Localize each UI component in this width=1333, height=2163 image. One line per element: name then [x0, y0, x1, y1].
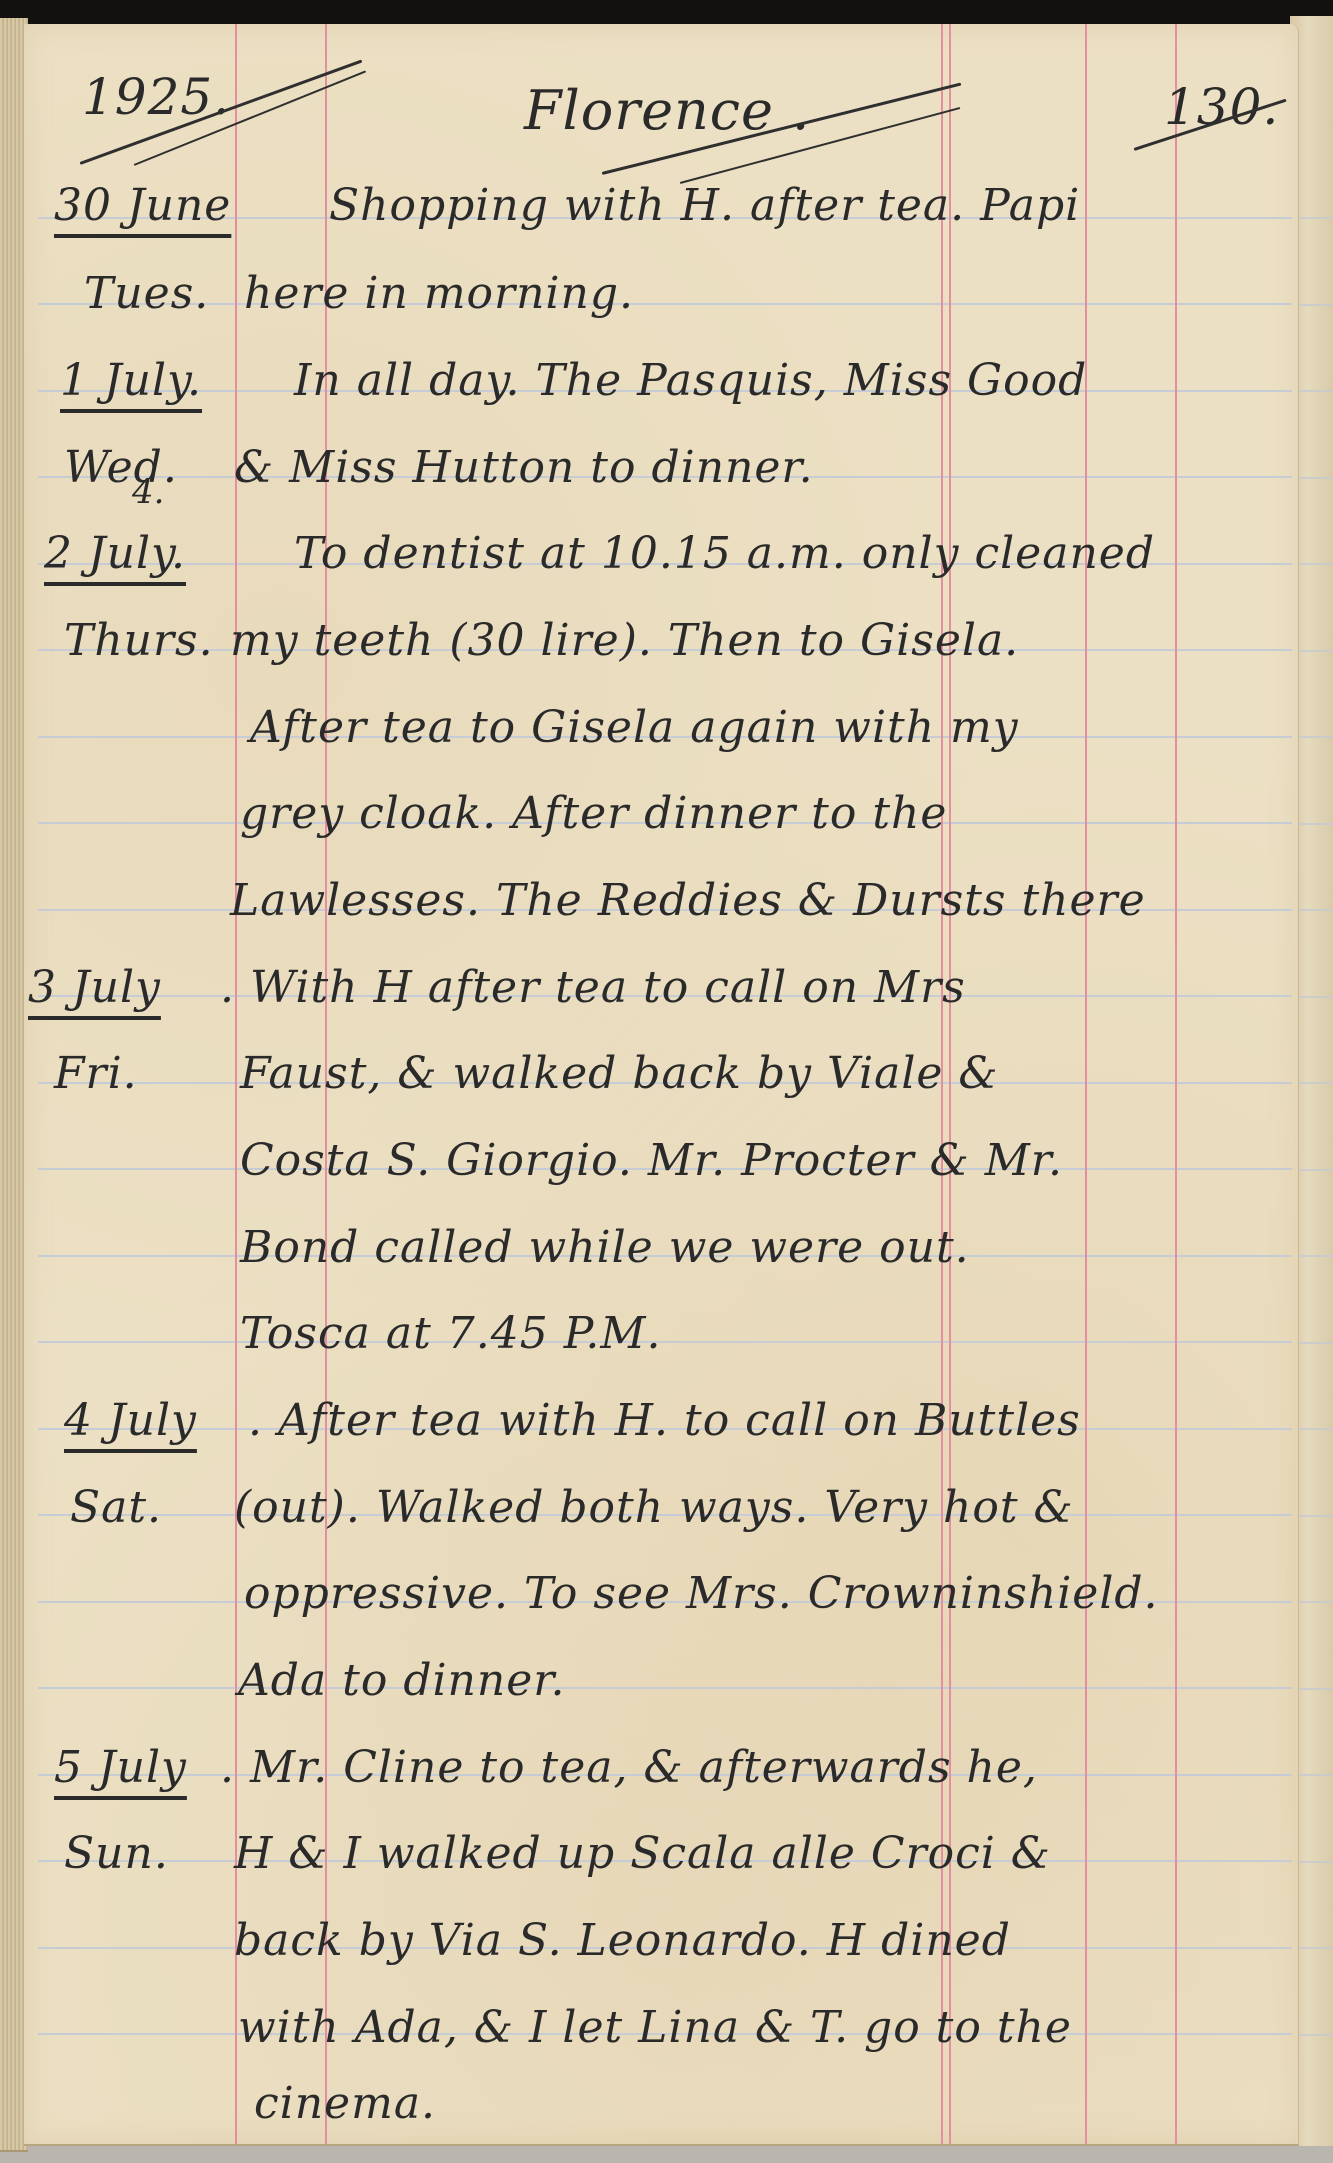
date-annotation: 4.: [132, 472, 164, 512]
entry-line: . With H after tea to call on Mrs: [220, 966, 966, 1010]
book-binding-top: [0, 0, 1333, 24]
entry-line: . After tea with H. to call on Buttles: [248, 1399, 1081, 1443]
entry-line: my teeth (30 lire). Then to Gisela.: [230, 619, 1019, 663]
ruled-line: [38, 1687, 1292, 1689]
entry-line: Shopping with H. after tea. Papi: [329, 184, 1080, 228]
entry-line: To dentist at 10.15 a.m. only cleaned: [294, 532, 1155, 576]
entry-line: here in morning.: [244, 272, 634, 316]
ruled-line: [38, 1341, 1292, 1343]
entry-line: H & I walked up Scala alle Croci &: [234, 1832, 1051, 1876]
entry-weekday: Thurs.: [64, 619, 214, 663]
entry-line: Tosca at 7.45 P.M.: [240, 1312, 661, 1356]
entry-line: cinema.: [254, 2082, 436, 2126]
entry-line: (out). Walked both ways. Very hot &: [234, 1486, 1074, 1530]
entry-date: 5 July: [54, 1746, 187, 1790]
entry-date: 3 July: [28, 966, 161, 1010]
entry-line: back by Via S. Leonardo. H dined: [234, 1919, 1011, 1963]
entry-weekday: Fri.: [54, 1052, 138, 1096]
entry-line: Costa S. Giorgio. Mr. Procter & Mr.: [240, 1139, 1063, 1183]
margin-rule: [235, 24, 237, 2144]
entry-line: In all day. The Pasquis, Miss Good: [294, 359, 1087, 403]
entry-weekday: Tues.: [84, 272, 209, 316]
entry-line: . Mr. Cline to tea, & afterwards he,: [220, 1746, 1038, 1790]
entry-line: with Ada, & I let Lina & T. go to the: [238, 2006, 1072, 2050]
entry-date: 30 June: [54, 184, 231, 228]
entry-date: 2 July.: [44, 532, 186, 576]
entry-weekday: Sat.: [70, 1486, 162, 1530]
entry-line: After tea to Gisela again with my: [250, 706, 1019, 750]
column-rule: [1085, 24, 1087, 2144]
entry-line: oppressive. To see Mrs. Crowninshield.: [244, 1572, 1159, 1616]
entry-line: Bond called while we were out.: [240, 1226, 970, 1270]
column-rule: [1175, 24, 1177, 2144]
entry-weekday: Sun.: [64, 1832, 169, 1876]
entry-line: Ada to dinner.: [238, 1659, 565, 1703]
diary-page: 1925. Florence . 130. 30 June Tues. Shop…: [24, 24, 1299, 2146]
entry-line: Faust, & walked back by Viale &: [240, 1052, 999, 1096]
entry-line: Lawlesses. The Reddies & Dursts there: [230, 879, 1146, 923]
entry-line: & Miss Hutton to dinner.: [234, 446, 814, 490]
entry-date: 4 July: [64, 1399, 197, 1443]
entry-line: grey cloak. After dinner to the: [240, 792, 947, 836]
ruled-line: [38, 303, 1292, 305]
entry-date: 1 July.: [60, 359, 202, 403]
